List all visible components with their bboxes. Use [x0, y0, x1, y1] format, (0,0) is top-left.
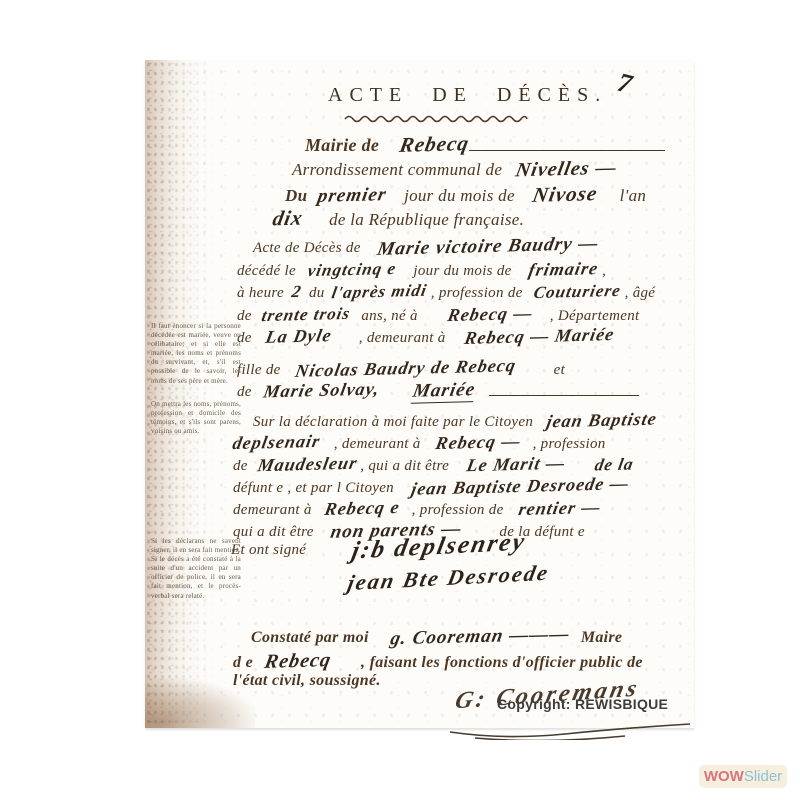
- margin-note-1: Il faut énoncer si la personne décédée e…: [151, 322, 241, 386]
- ruled-line: [469, 132, 665, 151]
- body-l2-printed-3: ,: [602, 263, 606, 279]
- footer-l2-printed-2: , faisant les fonctions d'officier publi…: [361, 654, 643, 671]
- body-l9-printed-2: , profession: [533, 436, 606, 452]
- year-line: dix de la République française.: [273, 206, 524, 231]
- body-l6-hand-1: Nicolas Baudry de Rebecq: [294, 355, 519, 382]
- body-l8-printed: Sur la déclaration à moi faite par le Ci…: [253, 414, 533, 430]
- signature-label-line: Et ont signé: [231, 542, 306, 559]
- footer-line-1: Constaté par moi g. Cooreman ——— Maire: [251, 626, 622, 648]
- signature-2: jean Bte Desroede: [349, 565, 548, 591]
- date-line: Du premier jour du mois de Nivose l'an: [285, 182, 646, 207]
- mairie-line: Mairie de Rebecq: [305, 132, 665, 157]
- body-l6-printed-1: fille de: [237, 362, 281, 378]
- body-l10-hand-1: Maudesleur: [255, 453, 358, 477]
- body-l4-hand-1: trente trois: [259, 304, 351, 326]
- wowslider-badge-wow: WOW: [704, 768, 744, 785]
- signature-1: j:b deplsenrey: [353, 533, 525, 561]
- body-l3-printed-2: du: [309, 285, 325, 301]
- body-l9-printed-1: , demeurant à: [334, 436, 421, 452]
- arrondissement-value: Nivelles —: [514, 157, 619, 183]
- body-line-11: défunt e , et par l Citoyen jean Baptist…: [233, 476, 628, 497]
- date-value-day: premier: [315, 184, 388, 208]
- wowslider-badge-slider: Slider: [744, 768, 782, 785]
- body-line-2: décédé le vingtcinq e jour du mois de fr…: [237, 259, 606, 280]
- body-l1-hand: Marie victoire Baudry —: [376, 233, 601, 261]
- margin-note-3: Si les déclarans ne savent signer, il en…: [151, 537, 241, 601]
- page: { "doc": { "page_number": "7", "title": …: [0, 0, 800, 800]
- body-l4-hand-2: Rebecq —: [445, 303, 534, 326]
- document-title: ACTE DE DÉCÈS.: [328, 84, 607, 107]
- body-l11-printed-1: défunt e , et par l Citoyen: [233, 480, 394, 496]
- body-line-3: à heure 2 du l'après midi , profession d…: [237, 282, 655, 302]
- body-line-10: de Maudesleur , qui a dit être Le Marit …: [233, 454, 633, 475]
- body-l10-hand-2: Le Marit —: [465, 453, 567, 477]
- footer-l1-printed-1: Constaté par moi: [251, 629, 369, 646]
- body-l12-printed-1: demeurant à: [233, 502, 312, 518]
- body-l13-printed-1: qui a dit être: [233, 524, 314, 540]
- document-title-text: ACTE DE DÉCÈS.: [328, 84, 607, 106]
- body-l5-printed-2: , demeurant à: [359, 330, 446, 346]
- signature-2-text: jean Bte Desroede: [345, 560, 551, 596]
- body-line-4: de trente trois ans, né à Rebecq — , Dép…: [237, 304, 639, 325]
- body-l7-hand-1: Marie Solvay,: [261, 378, 381, 402]
- date-value-month: Nivose: [531, 181, 600, 208]
- body-l9-hand-1: deplsenair: [231, 431, 322, 454]
- body-l2-printed-2: jour du mois de: [413, 263, 511, 279]
- year-value: dix: [271, 206, 306, 232]
- date-label-2: jour du mois de: [404, 186, 515, 205]
- signature-flourish: [445, 710, 695, 740]
- body-l3-printed-3: , profession de: [431, 285, 523, 301]
- body-l2-hand-2: frimaire: [527, 258, 600, 281]
- footer-l2-printed-1: d e: [233, 654, 253, 671]
- body-line-12: demeurant à Rebecq e , profession de ren…: [233, 498, 601, 519]
- body-line-7: de Marie Solvay, Mariée: [237, 380, 639, 403]
- body-l5-hand-1: La Dyle: [263, 325, 333, 348]
- body-line-8: Sur la déclaration à moi faite par le Ci…: [253, 410, 656, 431]
- ruled-line: [489, 380, 639, 396]
- body-l3-hand-1: 2: [290, 282, 303, 302]
- body-l4-printed-3: , Département: [550, 308, 640, 324]
- page-number: 7: [618, 68, 632, 99]
- footer-line-2: d e Rebecq , faisant les fonctions d'off…: [233, 650, 643, 673]
- body-l3-printed-4: , âgé: [625, 285, 656, 301]
- body-l8-hand: jean Baptiste: [545, 409, 659, 433]
- body-l12-hand-2: rentier —: [517, 497, 603, 520]
- wowslider-badge[interactable]: WOWSlider: [699, 765, 787, 788]
- body-l6-printed-2: et: [554, 362, 565, 378]
- body-l1-printed: Acte de Décès de: [253, 240, 361, 256]
- body-line-9: deplsenair , demeurant à Rebecq — , prof…: [233, 432, 606, 453]
- mairie-value: Rebecq: [397, 131, 471, 158]
- signature-label: Et ont signé: [231, 542, 306, 558]
- footer-l1-hand-1: g. Cooreman ———: [388, 624, 571, 651]
- margin-note-2: On mettra les noms, prénoms, profession …: [151, 400, 241, 436]
- footer-line-3: l'état civil, soussigné.: [233, 672, 381, 690]
- footer-l1-printed-2: Maire: [581, 629, 623, 646]
- footer-l3-printed: l'état civil, soussigné.: [233, 672, 381, 689]
- body-l7-hand-2: Mariée: [410, 379, 477, 404]
- body-line-5: de La Dyle , demeurant à Rebecq — Mariée: [237, 326, 614, 347]
- arrondissement-line: Arrondissement communal de Nivelles —: [292, 158, 617, 181]
- signature-1-text: j:b deplsenrey: [349, 529, 528, 566]
- body-l2-printed-1: décédé le: [237, 263, 296, 279]
- date-label-1: Du: [285, 186, 307, 205]
- body-l5-hand-2: Rebecq — Mariée: [463, 324, 617, 349]
- body-line-6: fille de Nicolas Baudry de Rebecq et: [237, 358, 565, 379]
- scan-left-edge-texture: [145, 60, 215, 728]
- footer-l2-hand-1: Rebecq: [263, 649, 334, 674]
- body-l4-printed-2: ans, né à: [361, 308, 417, 324]
- document-scan: 7 ACTE DE DÉCÈS. Mairie de Rebecq Arrond…: [145, 60, 694, 728]
- body-line-1: Acte de Décès de Marie victoire Baudry —: [253, 236, 598, 258]
- copyright-watermark: Copyright: REWISBIQUE: [497, 696, 668, 712]
- body-l11-hand-1: jean Baptiste Desroede —: [409, 473, 631, 500]
- body-l7-printed-1: de: [237, 384, 252, 400]
- body-l10-printed-1: de: [233, 458, 248, 474]
- body-l3-hand-3: Couturiere: [532, 281, 623, 303]
- body-l9-hand-2: Rebecq —: [434, 431, 523, 454]
- body-l12-hand-1: Rebecq e: [323, 497, 402, 520]
- page-number-value: 7: [614, 67, 635, 100]
- body-l10-printed-2: , qui a dit être: [360, 458, 449, 474]
- year-label: de la République française.: [329, 210, 524, 229]
- mairie-label: Mairie de: [305, 135, 379, 155]
- body-l3-hand-2: l'après midi: [330, 281, 429, 303]
- body-l12-printed-2: , profession de: [412, 502, 504, 518]
- body-l3-printed-1: à heure: [237, 285, 284, 301]
- body-l2-hand-1: vingtcinq e: [306, 259, 398, 281]
- wavy-separator: [343, 112, 529, 124]
- arrondissement-label: Arrondissement communal de: [292, 160, 502, 179]
- date-label-3: l'an: [620, 186, 647, 205]
